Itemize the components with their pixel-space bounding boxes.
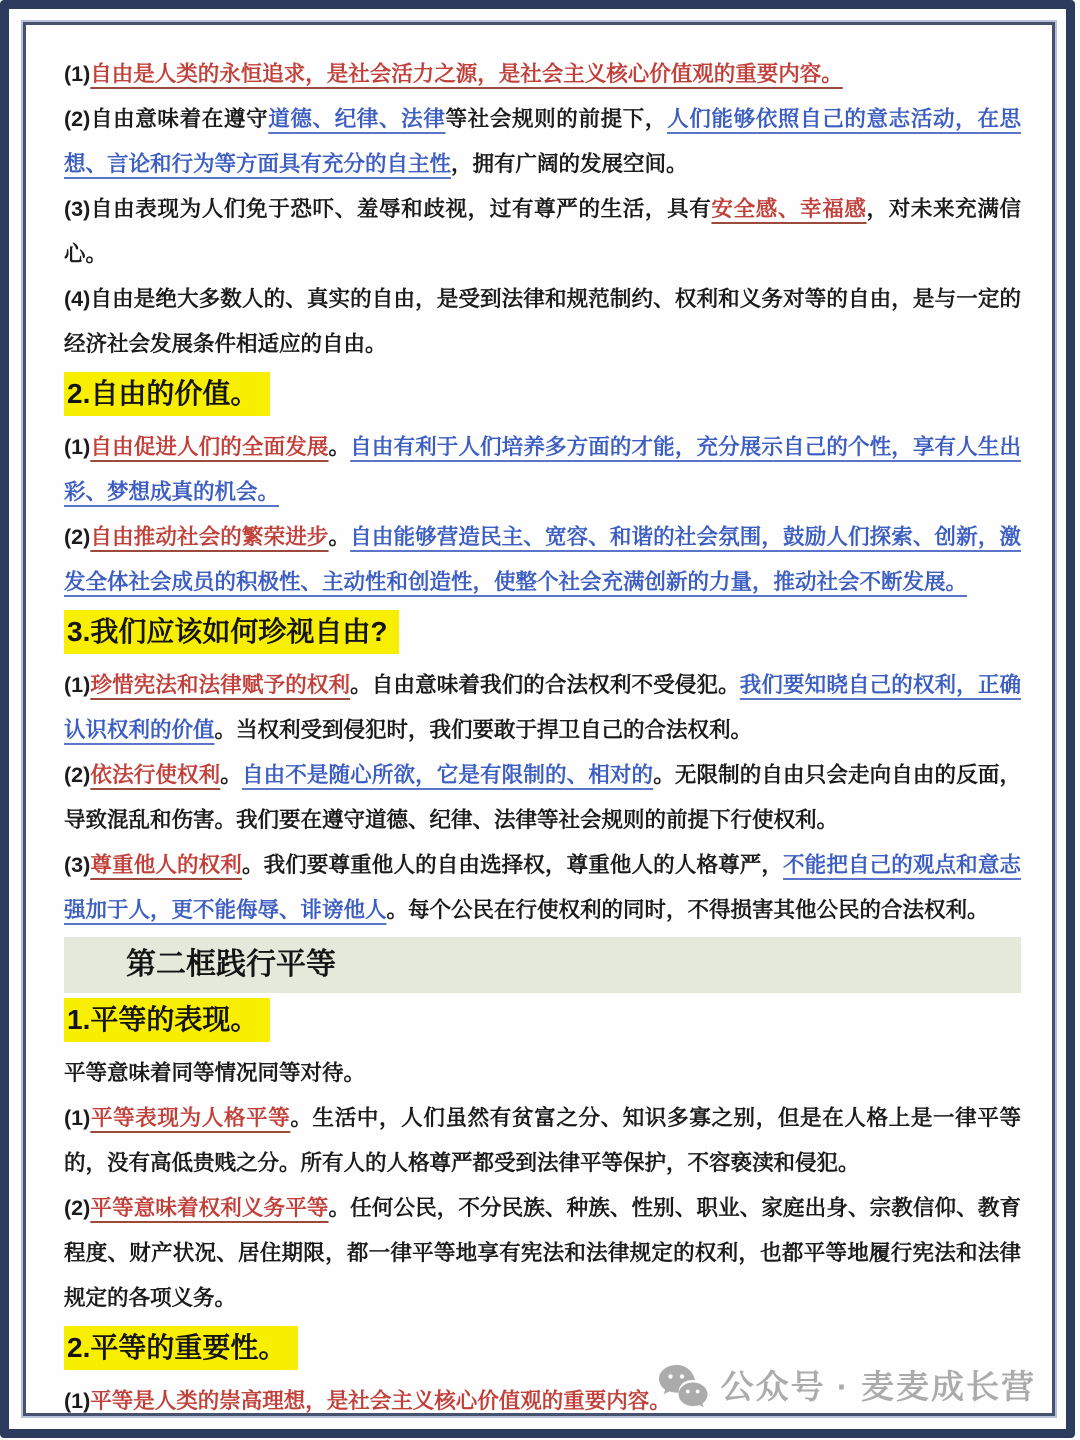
text-run: 。: [329, 525, 351, 549]
paragraph: (1)平等表现为人格平等。生活中，人们虽然有贫富之分、知识多寡之别，但是在人格上…: [64, 1096, 1021, 1186]
text-run: 平等意味着同等情况同等对待。: [64, 1061, 365, 1085]
text-run: 。每个公民在行使权利的同时，不得损害其他公民的合法权利。: [387, 898, 989, 922]
text-run: (1): [64, 673, 90, 697]
text-run: (2): [64, 763, 90, 787]
paragraph: (3)自由表现为人们免于恐吓、羞辱和歧视，过有尊严的生活，具有安全感、幸福感，对…: [64, 187, 1021, 277]
key-point-red: 尊重他人的权利: [90, 853, 242, 877]
key-point-red: 安全感、幸福感: [711, 197, 866, 221]
text-run: 。自由意味着我们的合法权利不受侵犯。: [350, 673, 740, 697]
text-run: 。当权利受到侵犯时，我们要敢于捍卫自己的合法权利。: [215, 718, 753, 742]
highlighted-heading: 2.平等的重要性。: [64, 1326, 298, 1370]
text-run: 。: [220, 763, 242, 787]
text-run: 。: [329, 435, 351, 459]
document-body: (1)自由是人类的永恒追求，是社会活力之源，是社会主义核心价值观的重要内容。(2…: [64, 52, 1021, 1424]
text-run: (1): [64, 1106, 90, 1130]
text-run: 。我们要尊重他人的自由选择权，尊重他人的人格尊严，: [242, 853, 783, 877]
paragraph: (3)尊重他人的权利。我们要尊重他人的自由选择权，尊重他人的人格尊严，不能把自己…: [64, 843, 1021, 933]
paragraph: (2)依法行使权利。自由不是随心所欲，它是有限制的、相对的。无限制的自由只会走向…: [64, 753, 1021, 843]
key-point-red: 依法行使权利: [90, 763, 220, 787]
watermark: 公众号 · 麦麦成长营: [657, 1361, 1036, 1408]
heading-row: 2.自由的价值。: [64, 372, 1021, 421]
key-point-red: 自由是人类的永恒追求，是社会活力之源，是社会主义核心价值观的重要内容。: [90, 62, 843, 86]
text-run: (3): [64, 853, 90, 877]
paragraph: (2)自由意味着在遵守道德、纪律、法律等社会规则的前提下，人们能够依照自己的意志…: [64, 97, 1021, 187]
highlighted-heading: 1.平等的表现。: [64, 998, 270, 1042]
watermark-text: 公众号 · 麦麦成长营: [721, 1361, 1036, 1408]
text-run: (3)自由表现为人们免于恐吓、羞辱和歧视，过有尊严的生活，具有: [64, 197, 711, 221]
text-run: (2)自由意味着在遵守: [64, 107, 268, 131]
paragraph: (1)珍惜宪法和法律赋予的权利。自由意味着我们的合法权利不受侵犯。我们要知晓自己…: [64, 663, 1021, 753]
key-point-blue: 道德、纪律、法律: [268, 107, 445, 131]
paragraph: 平等意味着同等情况同等对待。: [64, 1051, 1021, 1096]
highlighted-heading: 2.自由的价值。: [64, 372, 270, 416]
notes-page: (1)自由是人类的永恒追求，是社会活力之源，是社会主义核心价值观的重要内容。(2…: [0, 0, 1080, 1440]
text-run: (1): [64, 435, 90, 459]
key-point-red: 珍惜宪法和法律赋予的权利: [90, 673, 350, 697]
text-run: ，拥有广阔的发展空间。: [451, 152, 688, 176]
key-point-red: 自由推动社会的繁荣进步: [90, 525, 328, 549]
key-point-red: 自由促进人们的全面发展: [90, 435, 328, 459]
paragraph: (2)平等意味着权利义务平等。任何公民，不分民族、种族、性别、职业、家庭出身、宗…: [64, 1186, 1021, 1321]
highlighted-heading: 3.我们应该如何珍视自由?: [64, 610, 399, 654]
paragraph: (1)自由促进人们的全面发展。自由有利于人们培养多方面的才能，充分展示自己的个性…: [64, 425, 1021, 515]
text-run: 等社会规则的前提下，: [446, 107, 668, 131]
heading-row: 1.平等的表现。: [64, 998, 1021, 1047]
key-point-red: 平等意味着权利义务平等: [90, 1196, 328, 1220]
text-run: (1): [64, 1389, 90, 1413]
text-run: (2): [64, 1196, 90, 1220]
section-header: 第二框践行平等: [64, 937, 1021, 993]
paragraph: (2)自由推动社会的繁荣进步。自由能够营造民主、宽容、和谐的社会氛围，鼓励人们探…: [64, 515, 1021, 605]
paragraph: (4)自由是绝大多数人的、真实的自由，是受到法律和规范制约、权利和义务对等的自由…: [64, 277, 1021, 367]
key-point-blue: 自由不是随心所欲，它是有限制的、相对的: [242, 763, 653, 787]
text-run: (1): [64, 62, 90, 86]
text-run: (2): [64, 525, 90, 549]
heading-row: 3.我们应该如何珍视自由?: [64, 610, 1021, 659]
paragraph: (1)自由是人类的永恒追求，是社会活力之源，是社会主义核心价值观的重要内容。: [64, 52, 1021, 97]
wechat-icon: [657, 1363, 709, 1407]
text-run: (4)自由是绝大多数人的、真实的自由，是受到法律和规范制约、权利和义务对等的自由…: [64, 287, 1021, 356]
key-point-red: 平等表现为人格平等: [90, 1106, 290, 1130]
key-point-red: 平等是人类的崇高理想，是社会主义核心价值观的重要内容。: [90, 1389, 671, 1413]
